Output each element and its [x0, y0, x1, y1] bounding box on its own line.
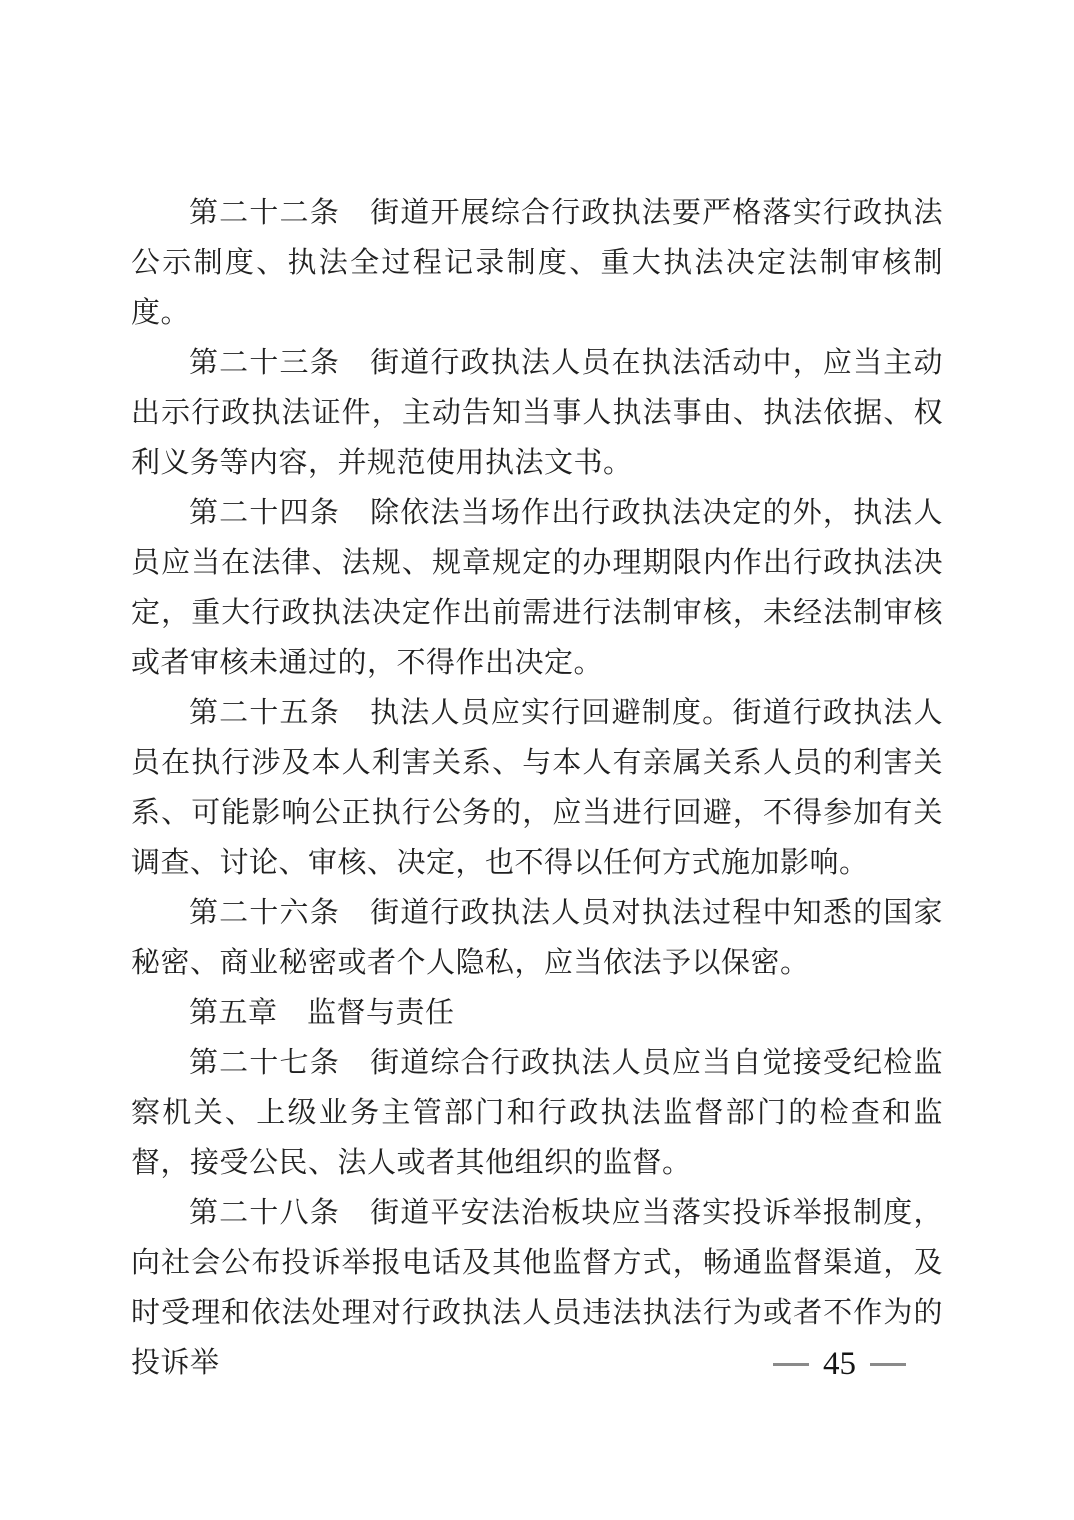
paragraph-article-27: 第二十七条 街道综合行政执法人员应当自觉接受纪检监察机关、上级业务主管部门和行政… [131, 1038, 943, 1188]
document-page: 第二十二条 街道开展综合行政执法要严格落实行政执法公示制度、执法全过程记录制度、… [0, 0, 1074, 1520]
page-footer: 45 [773, 1346, 906, 1382]
paragraph-article-26: 第二十六条 街道行政执法人员对执法过程中知悉的国家秘密、商业秘密或者个人隐私，应… [131, 888, 943, 988]
chapter-5-heading: 第五章 监督与责任 [131, 988, 943, 1038]
page-number: 45 [823, 1346, 856, 1382]
paragraph-article-22: 第二十二条 街道开展综合行政执法要严格落实行政执法公示制度、执法全过程记录制度、… [131, 188, 943, 338]
footer-dash-right [870, 1363, 906, 1366]
footer-dash-left [773, 1363, 809, 1366]
paragraph-article-25: 第二十五条 执法人员应实行回避制度。街道行政执法人员在执行涉及本人利害关系、与本… [131, 688, 943, 888]
paragraph-article-23: 第二十三条 街道行政执法人员在执法活动中，应当主动出示行政执法证件，主动告知当事… [131, 338, 943, 488]
document-body: 第二十二条 街道开展综合行政执法要严格落实行政执法公示制度、执法全过程记录制度、… [131, 188, 943, 1388]
paragraph-article-24: 第二十四条 除依法当场作出行政执法决定的外，执法人员应当在法律、法规、规章规定的… [131, 488, 943, 688]
